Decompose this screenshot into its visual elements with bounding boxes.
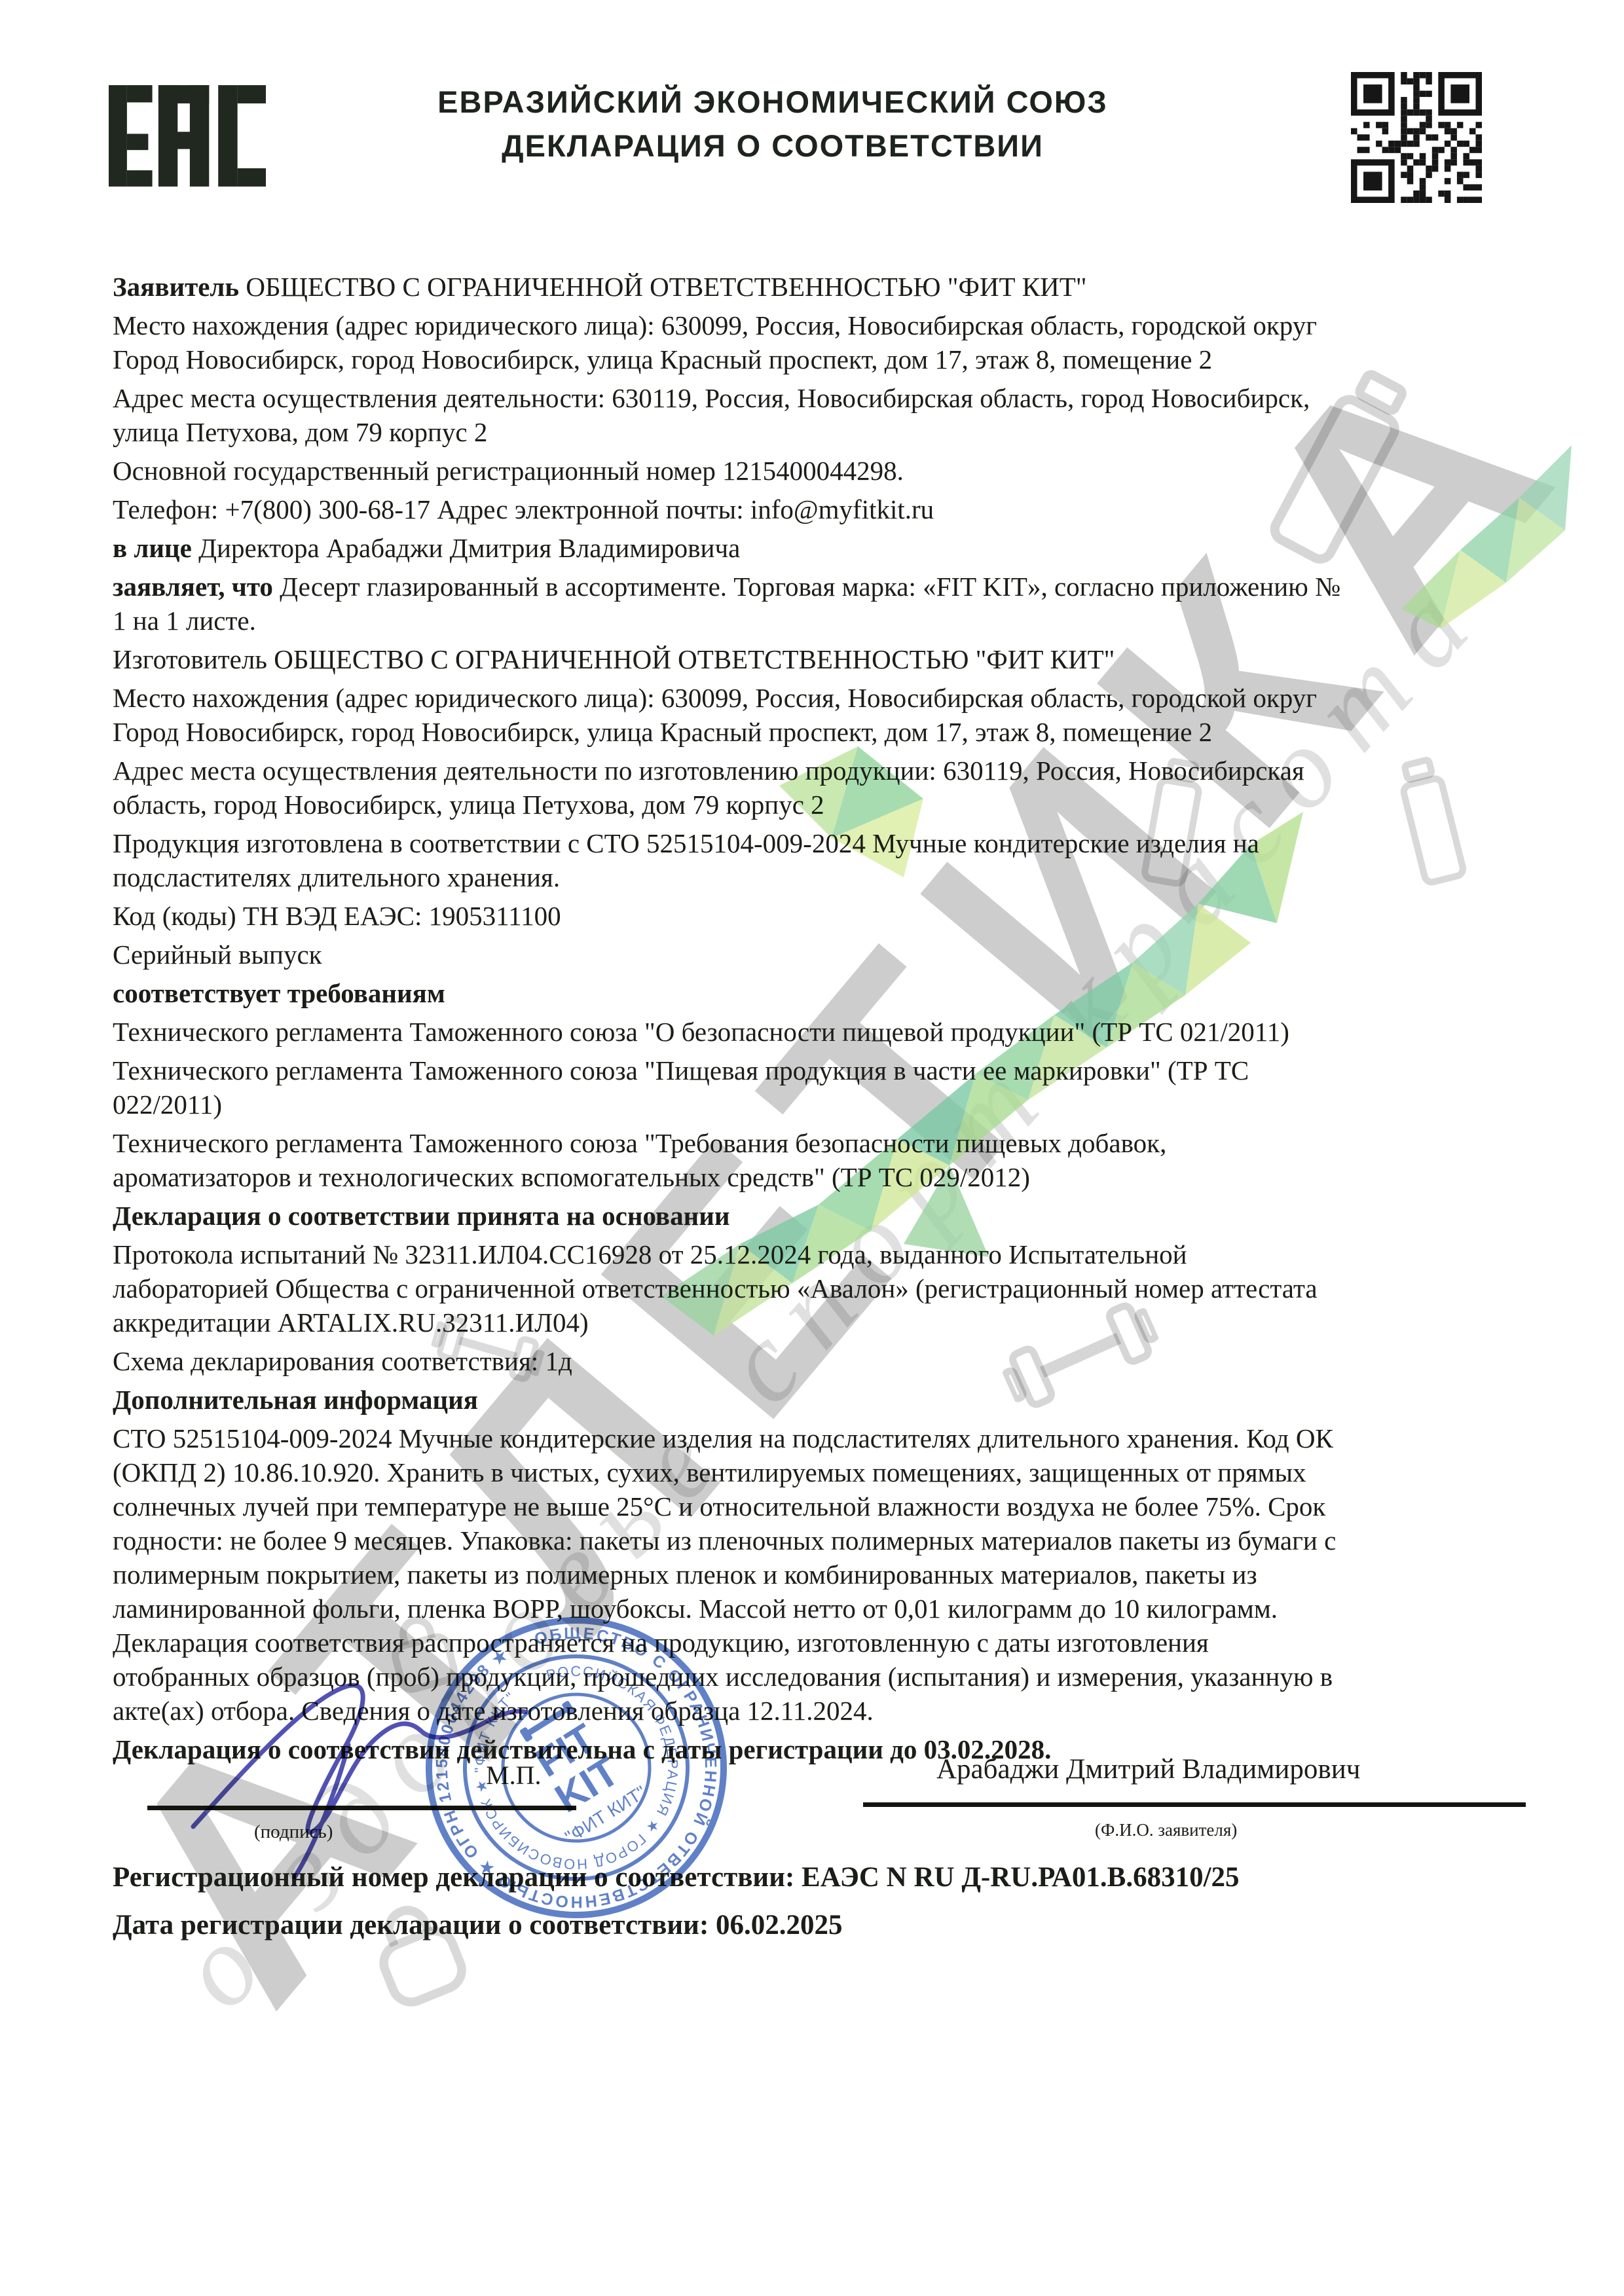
handwritten-signature: [177, 1666, 530, 1886]
conforms-heading: соответствует требованиям: [113, 976, 1527, 1010]
serial-line: Серийный выпуск: [113, 938, 1527, 972]
qr-code: [1351, 72, 1482, 206]
protocol-line: Протокола испытаний № 32311.ИЛ04.СС16928…: [113, 1237, 1527, 1339]
reglament-1: Технического регламента Таможенного союз…: [113, 1015, 1527, 1049]
phone-email-line: Телефон: +7(800) 300-68-17 Адрес электро…: [113, 492, 1527, 526]
applicant-line: Заявитель ОБЩЕСТВО С ОГРАНИЧЕННОЙ ОТВЕТС…: [113, 270, 1527, 304]
fio-line: [863, 1802, 1526, 1807]
ogrn-line: Основной государственный регистрационный…: [113, 454, 1527, 488]
reglament-2: Технического регламента Таможенного союз…: [113, 1053, 1527, 1121]
product-sto-line: Продукция изготовлена в соответствии с С…: [113, 826, 1527, 894]
manufacturer-activity-address: Адрес места осуществления деятельности п…: [113, 754, 1527, 822]
applicant-name: Арабаджи Дмитрий Владимирович: [936, 1753, 1360, 1785]
scheme-line: Схема декларирования соответствия: 1д: [113, 1344, 1527, 1378]
bold-lead: Заявитель: [113, 272, 246, 302]
manufacturer-legal-address: Место нахождения (адрес юридического лиц…: [113, 681, 1527, 749]
eac-logo: [109, 65, 266, 210]
applicant-activity-address: Адрес места осуществления деятельности: …: [113, 381, 1527, 449]
applicant-legal-address: Место нахождения (адрес юридического лиц…: [113, 308, 1527, 376]
bold-lead: заявляет, что: [113, 572, 280, 602]
title-line-1: ЕВРАЗИЙСКИЙ ЭКОНОМИЧЕСКИЙ СОЮЗ: [275, 80, 1270, 124]
declares-line: заявляет, что Десерт глазированный в асс…: [113, 570, 1527, 638]
in-person-line: в лице Директора Арабаджи Дмитрия Владим…: [113, 531, 1527, 565]
manufacturer-line: Изготовитель ОБЩЕСТВО С ОГРАНИЧЕННОЙ ОТВ…: [113, 642, 1527, 676]
document-text: Заявитель ОБЩЕСТВО С ОГРАНИЧЕННОЙ ОТВЕТС…: [113, 270, 1527, 1771]
document-title: ЕВРАЗИЙСКИЙ ЭКОНОМИЧЕСКИЙ СОЮЗ ДЕКЛАРАЦИ…: [275, 80, 1270, 168]
additional-heading: Дополнительная информация: [113, 1383, 1527, 1417]
tnved-line: Код (коды) ТН ВЭД ЕАЭС: 1905311100: [113, 899, 1527, 933]
bold-lead: в лице: [113, 533, 198, 563]
title-line-2: ДЕКЛАРАЦИЯ О СООТВЕТСТВИИ: [275, 124, 1270, 168]
reglament-3: Технического регламента Таможенного союз…: [113, 1126, 1527, 1194]
basis-heading: Декларация о соответствии принята на осн…: [113, 1199, 1527, 1233]
document-page: АТЛЕТИКА о здоровье спорт красота: [0, 0, 1624, 2296]
fio-caption: (Ф.И.О. заявителя): [1095, 1820, 1237, 1840]
